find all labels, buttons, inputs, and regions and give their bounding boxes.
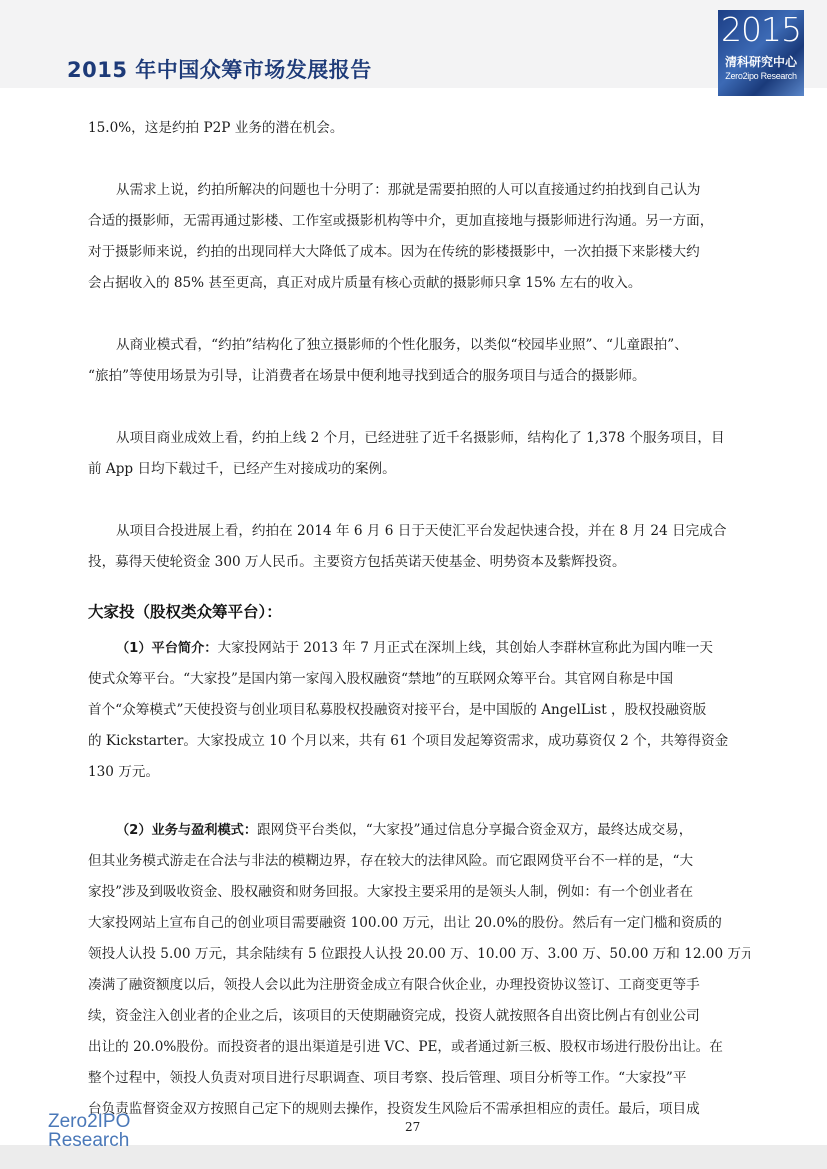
text-line: 凑满了融资额度以后，领投人会以此为注册资金成立有限合伙企业，办理投资协议签订、工… <box>88 970 750 1001</box>
text-line: 出让的 20.0%股份。而投资者的退出渠道是引进 VC、PE，或者通过新三板、股… <box>88 1032 750 1063</box>
para-label: （2）业务与盈利模式： <box>116 823 257 838</box>
document-title: 2015 年中国众筹市场发展报告 <box>67 54 372 84</box>
text-line: “旅拍”等使用场景为引导，让消费者在场景中便利地寻找到适合的服务项目与适合的摄影… <box>88 361 750 392</box>
text-line: 前 App 日均下载过千，已经产生对接成功的案例。 <box>88 454 750 485</box>
logo-year: 2015 <box>718 12 804 48</box>
text-line: 领投人认投 5.00 万元，其余陆续有 5 位跟投人认投 20.00 万、10.… <box>88 939 750 970</box>
text-line: （2）业务与盈利模式：跟网贷平台类似，“大家投”通过信息分享撮合资金双方，最终达… <box>88 815 750 846</box>
business-model-paragraph: （2）业务与盈利模式：跟网贷平台类似，“大家投”通过信息分享撮合资金双方，最终达… <box>88 815 750 1125</box>
text-line: 从项目商业成效上看，约拍上线 2 个月，已经进驻了近千名摄影师，结构化了 1,3… <box>88 423 750 454</box>
text-line: 家投”涉及到吸收资金、股权融资和财务回报。大家投主要采用的是领头人制，例如：有一… <box>88 877 750 908</box>
footer-logo-line2: Research <box>48 1131 130 1150</box>
platform-intro-paragraph: （1）平台简介：大家投网站于 2013 年 7 月正式在深圳上线，其创始人李群林… <box>88 633 750 788</box>
text-line: 整个过程中，领投人负责对项目进行尽职调查、项目考察、投后管理、项目分析等工作。“… <box>88 1063 750 1094</box>
logo-cn-name: 清科研究中心 <box>718 54 804 70</box>
text-line: 15.0%，这是约拍 P2P 业务的潜在机会。 <box>88 113 750 144</box>
para-label: （1）平台简介： <box>116 641 218 656</box>
text-span: 大家投网站于 2013 年 7 月正式在深圳上线，其创始人李群林宣称此为国内唯一… <box>218 640 714 656</box>
text-line: 合适的摄影师，无需再通过影楼、工作室或摄影机构等中介，更加直接地与摄影师进行沟通… <box>88 206 750 237</box>
text-line: 使式众筹平台。“大家投”是国内第一家闯入股权融资“禁地”的互联网众筹平台。其官网… <box>88 664 750 695</box>
text-line: 会占据收入的 85% 甚至更高，真正对成片质量有核心贡献的摄影师只拿 15% 左… <box>88 268 750 299</box>
logo-en-name: Zero2ipo Research <box>718 70 804 82</box>
page-number: 27 <box>405 1120 420 1134</box>
text-line: 但其业务模式游走在合法与非法的模糊边界，存在较大的法律风险。而它跟网贷平台不一样… <box>88 846 750 877</box>
text-line: 从项目合投进展上看，约拍在 2014 年 6 月 6 日于天使汇平台发起快速合投… <box>88 516 750 547</box>
footer-logo: Zero2IPO Research <box>48 1112 130 1150</box>
section-heading: 大家投（股权类众筹平台）： <box>88 600 282 622</box>
footer-logo-line1: Zero2IPO <box>48 1112 130 1131</box>
text-line: 续，资金注入创业者的企业之后，该项目的天使期融资完成，投资人就按照各自出资比例占… <box>88 1001 750 1032</box>
body-text: 15.0%，这是约拍 P2P 业务的潜在机会。 从需求上说，约拍所解决的问题也十… <box>88 113 750 578</box>
zero2ipo-logo: 2015 清科研究中心 Zero2ipo Research <box>718 10 804 96</box>
text-line: 130 万元。 <box>88 757 750 788</box>
text-line: 从需求上说，约拍所解决的问题也十分明了：那就是需要拍照的人可以直接通过约拍找到自… <box>88 175 750 206</box>
text-line: 从商业模式看，“约拍”结构化了独立摄影师的个性化服务，以类似“校园毕业照”、“儿… <box>88 330 750 361</box>
text-line: 的 Kickstarter。大家投成立 10 个月以来，共有 61 个项目发起筹… <box>88 726 750 757</box>
text-span: 跟网贷平台类似，“大家投”通过信息分享撮合资金双方，最终达成交易， <box>257 822 692 838</box>
text-line: 首个“众筹模式”天使投资与创业项目私募股权投融资对接平台，是中国版的 Angel… <box>88 695 750 726</box>
text-line: 对于摄影师来说，约拍的出现同样大大降低了成本。因为在传统的影楼摄影中，一次拍摄下… <box>88 237 750 268</box>
text-line: （1）平台简介：大家投网站于 2013 年 7 月正式在深圳上线，其创始人李群林… <box>88 633 750 664</box>
text-line: 投，募得天使轮资金 300 万人民币。主要资方包括英诺天使基金、明势资本及紫辉投… <box>88 547 750 578</box>
text-line: 大家投网站上宣布自己的创业项目需要融资 100.00 万元，出让 20.0%的股… <box>88 908 750 939</box>
